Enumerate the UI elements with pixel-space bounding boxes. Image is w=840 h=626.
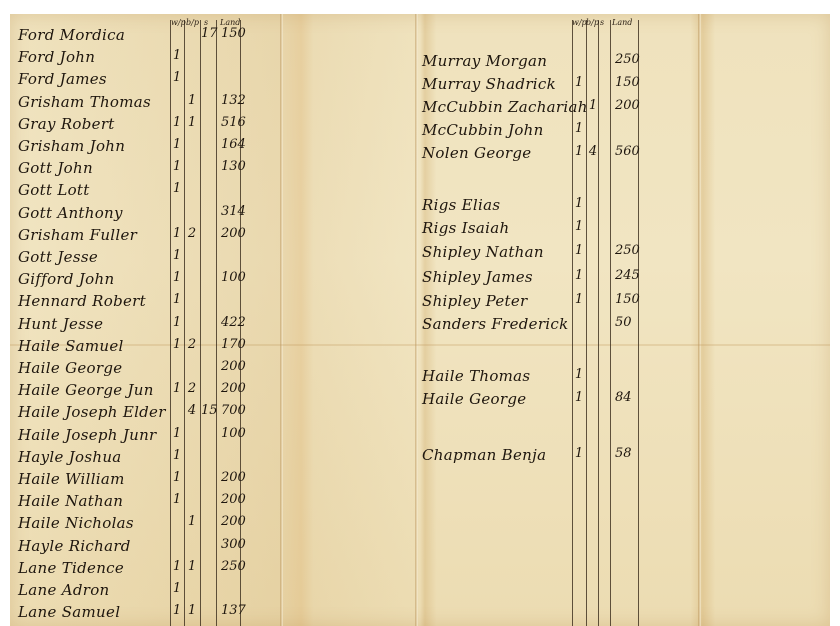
taxpayer-name: Haile Thomas [422, 367, 530, 385]
value-land: 250 [615, 243, 643, 258]
taxpayer-name: Haile Nicholas [18, 514, 134, 532]
header-bp: b/p [586, 18, 599, 27]
ledger-row: Gott John1130 [18, 159, 278, 181]
ledger-row: Haile William1200 [18, 470, 278, 492]
value-land: 200 [221, 359, 249, 374]
value-wp: 1 [572, 219, 586, 234]
taxpayer-name: Haile Samuel [18, 337, 124, 355]
ledger-row: Lane Samuel11137 [18, 603, 278, 625]
ledger-row: Lane Adron1 [18, 581, 278, 603]
value-bp: 4 [586, 144, 600, 159]
ledger-row: Rigs Isaiah1 [422, 219, 692, 241]
ledger-row: Rigs Elias1 [422, 196, 692, 218]
value-bp: 1 [185, 559, 199, 574]
taxpayer-name: Murray Morgan [422, 52, 547, 70]
value-land: 130 [221, 159, 249, 174]
value-wp: 1 [170, 559, 184, 574]
taxpayer-name: Chapman Benja [422, 446, 546, 464]
ledger-row: Haile George200 [18, 359, 278, 381]
taxpayer-name: Ford John [18, 48, 95, 66]
taxpayer-name: Murray Shadrick [422, 75, 556, 93]
value-wp: 1 [170, 337, 184, 352]
taxpayer-name: Rigs Isaiah [422, 219, 509, 237]
value-wp: 1 [572, 243, 586, 258]
ledger-row: Hunt Jesse1422 [18, 315, 278, 337]
value-wp: 1 [170, 470, 184, 485]
ledger-row: McCubbin John1 [422, 121, 692, 143]
taxpayer-name: Sanders Frederick [422, 315, 569, 333]
value-land: 150 [615, 75, 643, 90]
value-wp: 1 [572, 367, 586, 382]
taxpayer-name: Gott Jesse [18, 248, 98, 266]
value-wp: 1 [170, 115, 184, 130]
taxpayer-name: Hayle Richard [18, 537, 131, 555]
value-wp: 1 [170, 181, 184, 196]
value-land: 200 [221, 470, 249, 485]
ledger-row: Shipley Nathan1250 [422, 243, 692, 265]
value-land: 170 [221, 337, 249, 352]
taxpayer-name: Gott Lott [18, 181, 90, 199]
ledger-row: Murray Shadrick1150 [422, 75, 692, 97]
value-land: 100 [221, 270, 249, 285]
value-wp: 1 [170, 381, 184, 396]
value-wp: 1 [170, 137, 184, 152]
ledger-row: Haile Joseph Junr1100 [18, 426, 278, 448]
value-land: 164 [221, 137, 249, 152]
value-land: 84 [615, 390, 643, 405]
value-land: 250 [615, 52, 643, 67]
value-wp: 1 [572, 446, 586, 461]
value-wp: 1 [572, 268, 586, 283]
value-s: 15 [201, 403, 217, 418]
ledger-row: Haile Nathan1200 [18, 492, 278, 514]
taxpayer-name: Shipley Nathan [422, 243, 544, 261]
taxpayer-name: Gott Anthony [18, 204, 123, 222]
value-wp: 1 [170, 70, 184, 85]
value-land: 422 [221, 315, 249, 330]
taxpayer-name: Rigs Elias [422, 196, 500, 214]
value-land: 150 [221, 26, 249, 41]
taxpayer-name: Haile Nathan [18, 492, 123, 510]
ledger-row: Shipley Peter1150 [422, 292, 692, 314]
value-wp: 1 [170, 426, 184, 441]
value-bp: 2 [185, 337, 199, 352]
ledger-row: Shipley James1245 [422, 268, 692, 290]
value-bp: 1 [185, 115, 199, 130]
value-land: 50 [615, 315, 643, 330]
value-bp: 1 [185, 603, 199, 618]
ledger-row: Hayle Joshua1 [18, 448, 278, 470]
value-land: 314 [221, 204, 249, 219]
value-land: 200 [221, 381, 249, 396]
taxpayer-name: Haile Joseph Junr [18, 426, 157, 444]
value-wp: 1 [572, 144, 586, 159]
value-land: 200 [221, 492, 249, 507]
ledger-row: Gott Anthony314 [18, 204, 278, 226]
value-land: 132 [221, 93, 249, 108]
ledger-row: Haile Samuel12170 [18, 337, 278, 359]
taxpayer-name: Haile George [18, 359, 122, 377]
value-bp: 2 [185, 381, 199, 396]
value-bp: 4 [185, 403, 199, 418]
ledger-row: Hayle Richard300 [18, 537, 278, 559]
ledger-row: Murray Morgan250 [422, 52, 692, 74]
value-bp: 1 [586, 98, 600, 113]
ledger-row: Lane Tidence11250 [18, 559, 278, 581]
right-page: w/p b/p s Land Murray Morgan250Murray Sh… [422, 14, 692, 626]
value-wp: 1 [572, 121, 586, 136]
taxpayer-name: Shipley James [422, 268, 533, 286]
taxpayer-name: Haile George [422, 390, 526, 408]
value-wp: 1 [170, 248, 184, 263]
value-land: 200 [615, 98, 643, 113]
value-land: 516 [221, 115, 249, 130]
value-wp: 1 [170, 492, 184, 507]
ledger-row: Haile George184 [422, 390, 692, 412]
fold-crease [280, 14, 283, 626]
ledger-row: Haile Joseph Elder415700 [18, 403, 278, 425]
value-land: 250 [221, 559, 249, 574]
header-s: s [600, 18, 604, 27]
ledger-row: Gray Robert11516 [18, 115, 278, 137]
value-wp: 1 [572, 390, 586, 405]
value-wp: 1 [170, 315, 184, 330]
value-land: 245 [615, 268, 643, 283]
value-land: 58 [615, 446, 643, 461]
ledger-row: Grisham Thomas1132 [18, 93, 278, 115]
ledger-row: Chapman Benja158 [422, 446, 692, 468]
taxpayer-name: Hayle Joshua [18, 448, 122, 466]
value-s: 17 [201, 26, 217, 41]
taxpayer-name: Lane Tidence [18, 559, 124, 577]
left-page: w/p b/p s Land Ford Mordica17150Ford Joh… [18, 14, 278, 626]
taxpayer-name: Shipley Peter [422, 292, 528, 310]
value-bp: 1 [185, 514, 199, 529]
value-wp: 1 [572, 292, 586, 307]
value-wp: 1 [170, 48, 184, 63]
ledger-row: Sanders Frederick50 [422, 315, 692, 337]
value-bp: 1 [185, 93, 199, 108]
value-wp: 1 [572, 196, 586, 211]
taxpayer-name: Gott John [18, 159, 93, 177]
ledger-row: Ford John1 [18, 48, 278, 70]
value-wp: 1 [170, 226, 184, 241]
value-wp: 1 [572, 75, 586, 90]
ledger-row: Ford James1 [18, 70, 278, 92]
value-land: 137 [221, 603, 249, 618]
value-land: 200 [221, 514, 249, 529]
taxpayer-name: Ford James [18, 70, 107, 88]
ledger-row: Hennard Robert1 [18, 292, 278, 314]
value-land: 100 [221, 426, 249, 441]
ledger-row: McCubbin Zachariah1200 [422, 98, 692, 120]
taxpayer-name: McCubbin Zachariah [422, 98, 588, 116]
ledger-row: Haile Nicholas1200 [18, 514, 278, 536]
taxpayer-name: Nolen George [422, 144, 531, 162]
value-wp: 1 [170, 603, 184, 618]
ledger-row: Gott Lott1 [18, 181, 278, 203]
ledger-row: Haile George Jun12200 [18, 381, 278, 403]
ledger-row: Gott Jesse1 [18, 248, 278, 270]
ledger-row: Nolen George14560 [422, 144, 692, 166]
taxpayer-name: Grisham Thomas [18, 93, 151, 111]
ledger-row: Grisham Fuller12200 [18, 226, 278, 248]
taxpayer-name: Grisham Fuller [18, 226, 137, 244]
value-land: 200 [221, 226, 249, 241]
taxpayer-name: Haile Joseph Elder [18, 403, 166, 421]
taxpayer-name: Lane Samuel [18, 603, 120, 621]
value-land: 700 [221, 403, 249, 418]
value-wp: 1 [170, 270, 184, 285]
value-land: 150 [615, 292, 643, 307]
taxpayer-name: Haile William [18, 470, 125, 488]
ledger-row: Gifford John1100 [18, 270, 278, 292]
taxpayer-name: Ford Mordica [18, 26, 125, 44]
taxpayer-name: Lane Adron [18, 581, 110, 599]
value-wp: 1 [170, 292, 184, 307]
ledger-row: Haile Thomas1 [422, 367, 692, 389]
taxpayer-name: Gray Robert [18, 115, 115, 133]
ledger-row: Ford Mordica17150 [18, 26, 278, 48]
value-wp: 1 [170, 448, 184, 463]
header-wp: w/p [572, 18, 587, 27]
taxpayer-name: Hennard Robert [18, 292, 146, 310]
value-bp: 2 [185, 226, 199, 241]
ledger-sheet: w/p b/p s Land Ford Mordica17150Ford Joh… [10, 14, 830, 626]
taxpayer-name: Hunt Jesse [18, 315, 103, 333]
taxpayer-name: Grisham John [18, 137, 125, 155]
value-wp: 1 [170, 581, 184, 596]
taxpayer-name: Gifford John [18, 270, 114, 288]
taxpayer-name: Haile George Jun [18, 381, 154, 399]
header-land: Land [612, 18, 632, 27]
value-land: 300 [221, 537, 249, 552]
value-wp: 1 [170, 159, 184, 174]
value-land: 560 [615, 144, 643, 159]
page-edge [698, 14, 701, 626]
page-gutter [415, 14, 418, 626]
ledger-row: Grisham John1164 [18, 137, 278, 159]
taxpayer-name: McCubbin John [422, 121, 544, 139]
